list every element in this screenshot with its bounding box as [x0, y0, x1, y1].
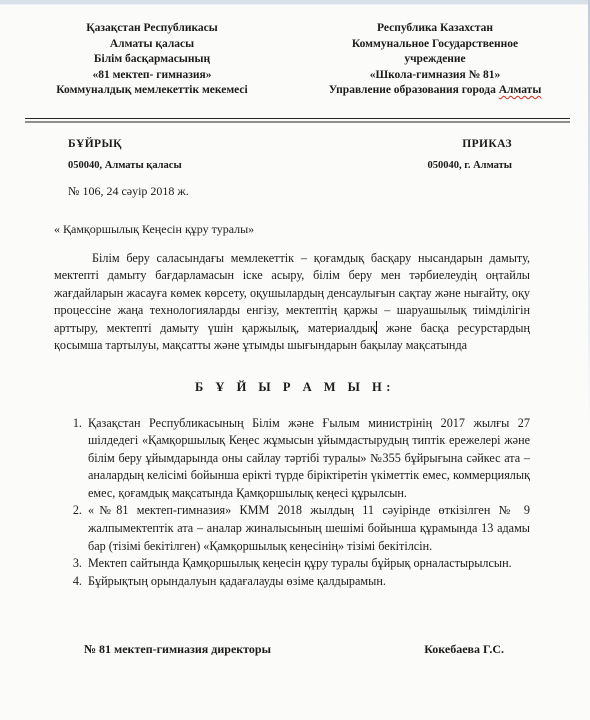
letterhead-divider-rule	[25, 118, 570, 123]
window-top-strip	[0, 0, 590, 5]
letterhead-line: Білім басқармасының	[28, 52, 276, 68]
spellcheck-underlined-word: Алматы	[499, 84, 542, 96]
letterhead: Қазақстан Республикасы Алматы қаласы Біл…	[0, 0, 590, 99]
letterhead-line: учреждение	[296, 52, 574, 68]
letterhead-kazakh: Қазақстан Республикасы Алматы қаласы Біл…	[28, 21, 276, 99]
order-title-kazakh: БҰЙРЫҚ	[68, 138, 122, 150]
intro-paragraph: Білім беру саласындағы мемлекеттік – қоғ…	[54, 250, 530, 355]
order-item-3: Мектеп сайтында Қамқоршылық кеңесін құру…	[85, 555, 530, 573]
address-kazakh: 050040, Алматы қаласы	[68, 160, 182, 171]
document-page[interactable]: Қазақстан Республикасы Алматы қаласы Біл…	[0, 0, 590, 720]
signature-title: № 81 мектеп-гимназия директоры	[84, 642, 271, 657]
letterhead-line: Коммуналдық мемлекеттік мекемесі	[28, 83, 276, 99]
order-items-list: Қазақстан Республикасының Білім және Ғыл…	[54, 415, 530, 591]
letterhead-line-text: Управление образования города	[329, 84, 499, 96]
order-number-date: № 106, 24 сәуір 2018 ж.	[68, 184, 590, 199]
order-subject: « Қамқоршылық Кеңесін құру туралы»	[54, 222, 590, 237]
address-russian: 050040, г. Алматы	[428, 160, 512, 171]
letterhead-line: «Школа-гимназия № 81»	[296, 68, 574, 84]
order-item-4: Бұйрықтың орындалуын қадағалауды өзіме қ…	[85, 573, 530, 591]
order-item-2: «№81 мектеп-гимназия» КММ 2018 жылдың 11…	[85, 502, 530, 555]
letterhead-line: Алматы қаласы	[28, 37, 276, 53]
directive-heading: Б Ұ Й Ы Р А М Ы Н:	[0, 380, 590, 395]
letterhead-line: Қазақстан Республикасы	[28, 21, 276, 37]
letterhead-line: Республика Казахстан	[296, 21, 574, 37]
letterhead-line: «81 мектеп- гимназия»	[28, 68, 276, 84]
letterhead-line: Коммунальное Государственное	[296, 37, 574, 53]
order-title-russian: ПРИКАЗ	[462, 138, 512, 150]
order-item-1: Қазақстан Республикасының Білім және Ғыл…	[85, 415, 530, 503]
letterhead-line: Управление образования города Алматы	[296, 83, 574, 99]
signature-name: Кокебаева Г.С.	[424, 642, 504, 657]
letterhead-russian: Республика Казахстан Коммунальное Госуда…	[296, 21, 574, 99]
